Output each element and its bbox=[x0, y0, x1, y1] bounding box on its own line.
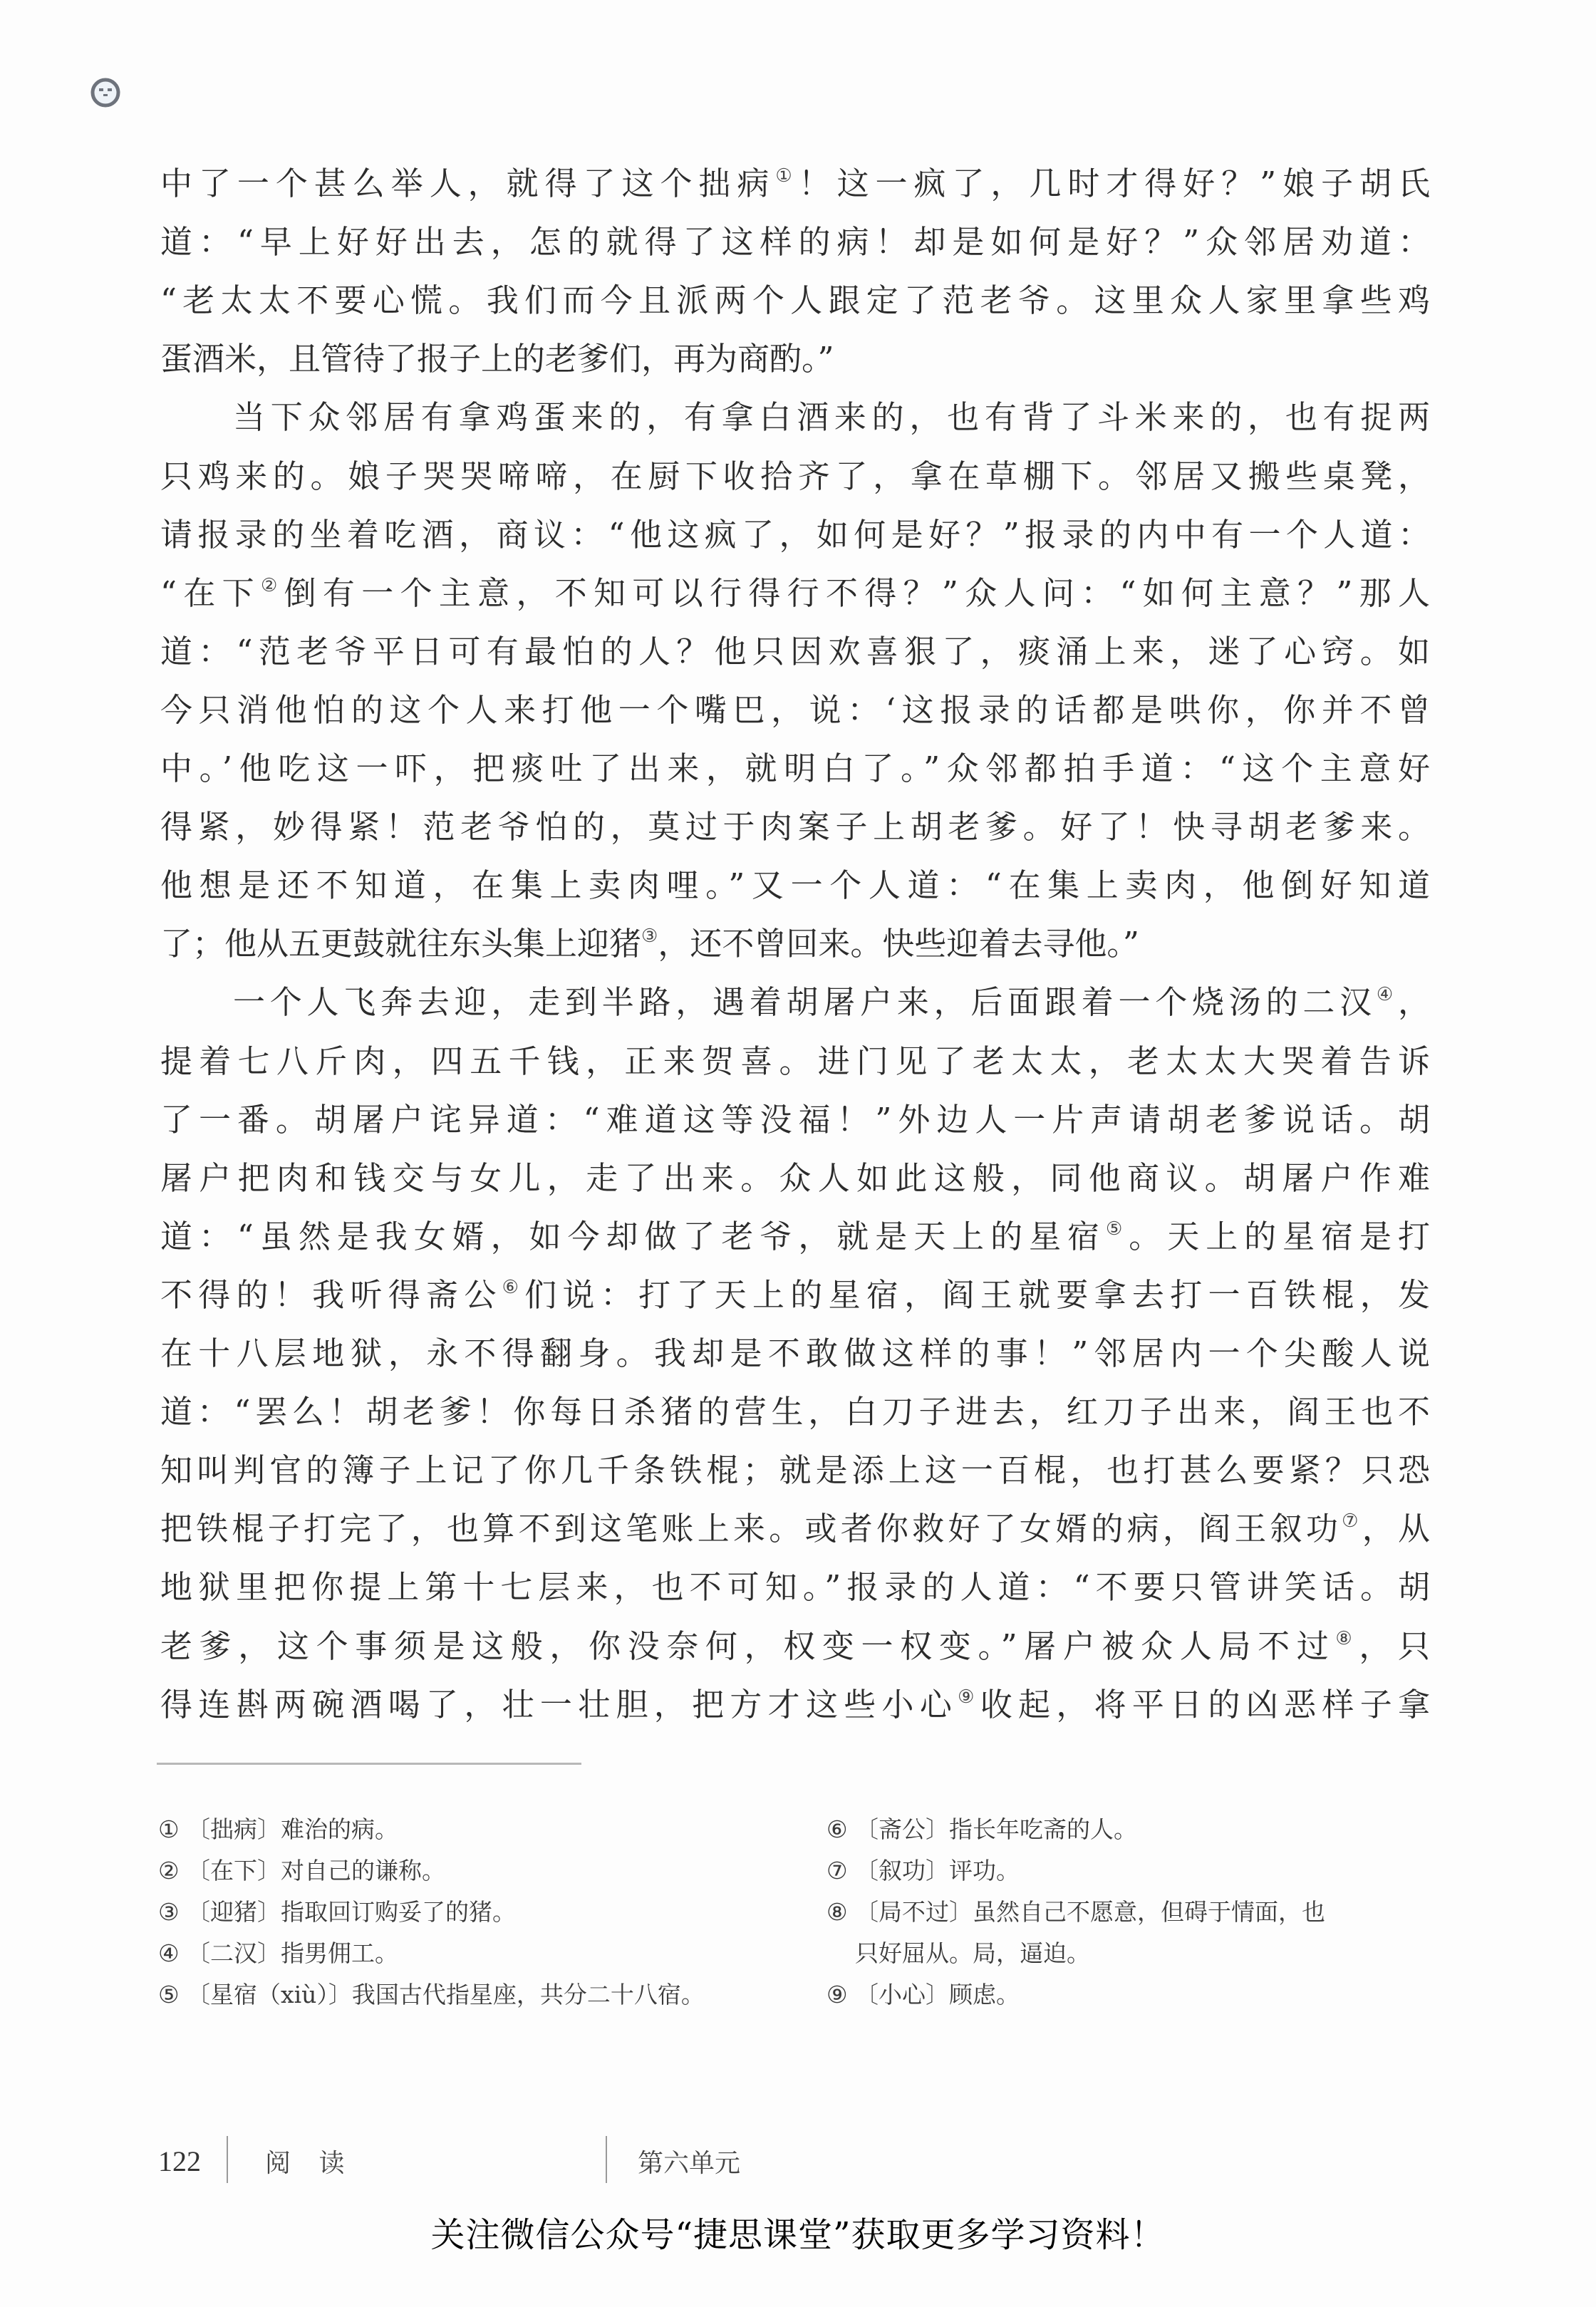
text-segment: 蛋酒米，且管待了报子上的老爹们，再为商酌。” bbox=[160, 340, 834, 378]
text-segment: 道：“范老爷平日可有最怕的人？他只因欢喜狠了，痰涌上来，迷了心窍。如 bbox=[160, 633, 1430, 670]
body-line: 得紧，妙得紧！范老爷怕的，莫过于肉案子上胡老爹。好了！快寻胡老爹来。 bbox=[160, 806, 1430, 849]
footnote-text: 〔在下〕对自己的谦称。 bbox=[187, 1857, 445, 1885]
text-segment: 今只消他怕的这个人来打他一个嘴巴，说：‘这报录的话都是哄你，你并不曾 bbox=[160, 691, 1430, 729]
footnote-text: 〔叙功〕评功。 bbox=[855, 1857, 1020, 1885]
footnote-text: 〔迎猪〕指取回订购妥了的猪。 bbox=[187, 1898, 516, 1926]
textbook-page: 中了一个甚么举人，就得了这个拙病①！这一疯了，几时才得好？”娘子胡氏道：“早上好… bbox=[0, 0, 1596, 2307]
text-segment: ，还不曾回来。快些迎着去寻他。” bbox=[658, 925, 1139, 963]
footnote: ②〔在下〕对自己的谦称。 bbox=[158, 1855, 445, 1887]
footnote-text: 〔星宿（xiù）〕我国古代指星座，共分二十八宿。 bbox=[187, 1981, 705, 2008]
footnote-marker: ① bbox=[775, 165, 798, 187]
text-segment: ， bbox=[1398, 983, 1430, 1021]
body-line: 一个人飞奔去迎，走到半路，遇着胡屠户来，后面跟着一个烧汤的二汉④， bbox=[160, 981, 1430, 1024]
body-line: 地狱里把你提上第十七层来，也不可知。”报录的人道：“不要只管讲笑话。胡 bbox=[160, 1566, 1430, 1609]
text-segment: ，只 bbox=[1359, 1627, 1430, 1665]
smiley-face-icon bbox=[90, 77, 121, 108]
text-segment: 提着七八斤肉，四五千钱，正来贺喜。进门见了老太太，老太太大哭着告诉 bbox=[160, 1042, 1430, 1080]
text-segment: 老爹，这个事须是这般，你没奈何，权变一权变。”屠户被众人局不过 bbox=[160, 1627, 1335, 1665]
text-segment: 把铁棍子打完了，也算不到这笔账上来。或者你救好了女婿的病，阎王叙功 bbox=[160, 1510, 1342, 1547]
footnote-number: ① bbox=[158, 1814, 187, 1845]
footnote-text: 〔拙病〕难治的病。 bbox=[187, 1815, 398, 1843]
footnote-marker: ③ bbox=[641, 926, 658, 947]
body-line: 了一番。胡屠户诧异道：“难道这等没福！”外边人一片声请胡老爹说话。胡 bbox=[160, 1099, 1430, 1141]
body-line: 中。’他吃这一吓，把痰吐了出来，就明白了。”众邻都拍手道：“这个主意好 bbox=[160, 747, 1430, 790]
footnote-marker: ② bbox=[261, 575, 284, 596]
footnote: ⑦〔叙功〕评功。 bbox=[826, 1855, 1020, 1887]
footer-divider bbox=[227, 2136, 228, 2183]
footnote: ⑧〔局不过〕虽然自己不愿意，但碍于情面，也 bbox=[826, 1897, 1325, 1928]
footnote-number: ② bbox=[158, 1855, 187, 1887]
body-line: 今只消他怕的这个人来打他一个嘴巴，说：‘这报录的话都是哄你，你并不曾 bbox=[160, 689, 1430, 732]
footer-divider bbox=[606, 2136, 607, 2183]
body-line: “在下②倒有一个主意，不知可以行得行不得？”众人问：“如何主意？”那人 bbox=[160, 572, 1430, 615]
text-segment: 道：“虽然是我女婿，如今却做了老爷，就是天上的星宿 bbox=[160, 1218, 1106, 1255]
footnote-number: ④ bbox=[158, 1938, 187, 1969]
body-line: 不得的！我听得斋公⑥们说：打了天上的星宿，阎王就要拿去打一百铁棍，发 bbox=[160, 1274, 1430, 1317]
body-line: 提着七八斤肉，四五千钱，正来贺喜。进门见了老太太，老太太大哭着告诉 bbox=[160, 1040, 1430, 1083]
body-line: 当下众邻居有拿鸡蛋来的，有拿白酒来的，也有背了斗米来的，也有捉两 bbox=[160, 396, 1430, 439]
footnote-marker: ⑤ bbox=[1106, 1218, 1129, 1240]
page-number: 122 bbox=[158, 2145, 201, 2178]
body-line: “老太太不要心慌。我们而今且派两个人跟定了范老爷。这里众人家里拿些鸡 bbox=[160, 279, 1430, 322]
text-segment: 不得的！我听得斋公 bbox=[160, 1276, 502, 1314]
text-segment: 了；他从五更鼓就往东头集上迎猪 bbox=[160, 925, 641, 963]
text-segment: 倒有一个主意，不知可以行得行不得？”众人问：“如何主意？”那人 bbox=[284, 574, 1430, 612]
text-segment: 请报录的坐着吃酒，商议：“他这疯了，如何是好？”报录的内中有一个人道： bbox=[160, 516, 1430, 554]
text-segment: 知叫判官的簿子上记了你几千条铁棍；就是添上这一百棍，也打甚么要紧？只恐 bbox=[160, 1451, 1430, 1489]
text-segment: 在十八层地狱，永不得翻身。我却是不敢做这样的事！”邻居内一个尖酸人说 bbox=[160, 1334, 1430, 1372]
body-line: 只鸡来的。娘子哭哭啼啼，在厨下收拾齐了，拿在草棚下。邻居又搬些桌凳， bbox=[160, 455, 1430, 498]
body-line: 道：“早上好好出去，怎的就得了这样的病！却是如何是好？”众邻居劝道： bbox=[160, 221, 1430, 264]
text-segment: 屠户把肉和钱交与女儿，走了出来。众人如此这般，同他商议。胡屠户作难 bbox=[160, 1159, 1430, 1197]
body-line: 道：“虽然是我女婿，如今却做了老爷，就是天上的星宿⑤。天上的星宿是打 bbox=[160, 1215, 1430, 1258]
body-line: 请报录的坐着吃酒，商议：“他这疯了，如何是好？”报录的内中有一个人道： bbox=[160, 514, 1430, 556]
text-segment: 们说：打了天上的星宿，阎王就要拿去打一百铁棍，发 bbox=[524, 1276, 1430, 1314]
unit-label: 第六单元 bbox=[638, 2143, 740, 2179]
body-line: 道：“范老爷平日可有最怕的人？他只因欢喜狠了，痰涌上来，迷了心窍。如 bbox=[160, 631, 1430, 673]
footnote: 只好屈从。局，逼迫。 bbox=[826, 1938, 1090, 1969]
body-line: 他想是还不知道，在集上卖肉哩。”又一个人道：“在集上卖肉，他倒好知道 bbox=[160, 864, 1430, 907]
footnote: ③〔迎猪〕指取回订购妥了的猪。 bbox=[158, 1897, 516, 1928]
footnote-number: ⑤ bbox=[158, 1979, 187, 2011]
footnote: ⑨〔小心〕顾虑。 bbox=[826, 1979, 1020, 2011]
text-segment: 。天上的星宿是打 bbox=[1129, 1218, 1430, 1255]
promo-banner: 关注微信公众号“捷思课堂”获取更多学习资料！ bbox=[0, 2207, 1596, 2256]
footnote-text: 只好屈从。局，逼迫。 bbox=[855, 1939, 1090, 1967]
body-line: 在十八层地狱，永不得翻身。我却是不敢做这样的事！”邻居内一个尖酸人说 bbox=[160, 1332, 1430, 1375]
footnote: ④〔二汉〕指男佣工。 bbox=[158, 1938, 398, 1969]
footnote-number: ⑧ bbox=[826, 1897, 855, 1928]
footnote-marker: ⑨ bbox=[958, 1686, 980, 1708]
text-segment: 只鸡来的。娘子哭哭啼啼，在厨下收拾齐了，拿在草棚下。邻居又搬些桌凳， bbox=[160, 457, 1430, 495]
text-segment: 得紧，妙得紧！范老爷怕的，莫过于肉案子上胡老爹。好了！快寻胡老爹来。 bbox=[160, 808, 1430, 846]
body-line: 中了一个甚么举人，就得了这个拙病①！这一疯了，几时才得好？”娘子胡氏 bbox=[160, 162, 1430, 205]
text-segment: 他想是还不知道，在集上卖肉哩。”又一个人道：“在集上卖肉，他倒好知道 bbox=[160, 866, 1430, 904]
body-line: 知叫判官的簿子上记了你几千条铁棍；就是添上这一百棍，也打甚么要紧？只恐 bbox=[160, 1449, 1430, 1492]
footnote-number: ③ bbox=[158, 1897, 187, 1928]
text-segment: 一个人飞奔去迎，走到半路，遇着胡屠户来，后面跟着一个烧汤的二汉 bbox=[233, 983, 1377, 1021]
footnote-number: ⑦ bbox=[826, 1855, 855, 1887]
body-line: 得连斟两碗酒喝了，壮一壮胆，把方才这些小心⑨收起，将平日的凶恶样子拿 bbox=[160, 1684, 1430, 1726]
footnote: ⑤〔星宿（xiù）〕我国古代指星座，共分二十八宿。 bbox=[158, 1979, 705, 2011]
text-segment: 中了一个甚么举人，就得了这个拙病 bbox=[160, 165, 775, 202]
footnote-divider bbox=[157, 1763, 581, 1765]
footnote: ⑥〔斋公〕指长年吃斋的人。 bbox=[826, 1814, 1137, 1845]
text-segment: ，从 bbox=[1362, 1510, 1430, 1547]
text-segment: 道：“早上好好出去，怎的就得了这样的病！却是如何是好？”众邻居劝道： bbox=[160, 223, 1430, 261]
text-segment: 中。’他吃这一吓，把痰吐了出来，就明白了。”众邻都拍手道：“这个主意好 bbox=[160, 750, 1430, 787]
footnote-text: 〔二汉〕指男佣工。 bbox=[187, 1939, 398, 1967]
text-segment: 道：“罢么！胡老爹！你每日杀猪的营生，白刀子进去，红刀子出来，阎王也不 bbox=[160, 1393, 1430, 1431]
body-line: 了；他从五更鼓就往东头集上迎猪③，还不曾回来。快些迎着去寻他。” bbox=[160, 923, 1430, 965]
footnote-marker: ⑥ bbox=[502, 1277, 525, 1298]
footnote-number: ⑥ bbox=[826, 1814, 855, 1845]
section-label: 阅 读 bbox=[265, 2143, 354, 2179]
text-segment: “老太太不要心慌。我们而今且派两个人跟定了范老爷。这里众人家里拿些鸡 bbox=[160, 281, 1430, 319]
footnote-marker: ⑧ bbox=[1335, 1628, 1359, 1649]
body-line: 把铁棍子打完了，也算不到这笔账上来。或者你救好了女婿的病，阎王叙功⑦，从 bbox=[160, 1508, 1430, 1550]
text-segment: 地狱里把你提上第十七层来，也不可知。”报录的人道：“不要只管讲笑话。胡 bbox=[160, 1568, 1430, 1606]
footnote-number: ⑨ bbox=[826, 1979, 855, 2011]
body-line: 屠户把肉和钱交与女儿，走了出来。众人如此这般，同他商议。胡屠户作难 bbox=[160, 1157, 1430, 1200]
body-line: 老爹，这个事须是这般，你没奈何，权变一权变。”屠户被众人局不过⑧，只 bbox=[160, 1625, 1430, 1668]
text-segment: 收起，将平日的凶恶样子拿 bbox=[980, 1686, 1430, 1723]
text-segment: 得连斟两碗酒喝了，壮一壮胆，把方才这些小心 bbox=[160, 1686, 958, 1723]
footnote: ①〔拙病〕难治的病。 bbox=[158, 1814, 398, 1845]
body-line: 道：“罢么！胡老爹！你每日杀猪的营生，白刀子进去，红刀子出来，阎王也不 bbox=[160, 1391, 1430, 1434]
footnote-text: 〔局不过〕虽然自己不愿意，但碍于情面，也 bbox=[855, 1898, 1325, 1926]
footnote-marker: ④ bbox=[1377, 984, 1398, 1005]
text-segment: ！这一疯了，几时才得好？”娘子胡氏 bbox=[799, 165, 1430, 202]
footnote-text: 〔斋公〕指长年吃斋的人。 bbox=[855, 1815, 1137, 1843]
footnote-text: 〔小心〕顾虑。 bbox=[855, 1981, 1020, 2008]
footnote-marker: ⑦ bbox=[1342, 1510, 1362, 1532]
text-segment: 当下众邻居有拿鸡蛋来的，有拿白酒来的，也有背了斗米来的，也有捉两 bbox=[233, 398, 1430, 436]
text-segment: “在下 bbox=[160, 574, 261, 612]
text-segment: 了一番。胡屠户诧异道：“难道这等没福！”外边人一片声请胡老爹说话。胡 bbox=[160, 1101, 1430, 1139]
body-line: 蛋酒米，且管待了报子上的老爹们，再为商酌。” bbox=[160, 338, 1430, 380]
